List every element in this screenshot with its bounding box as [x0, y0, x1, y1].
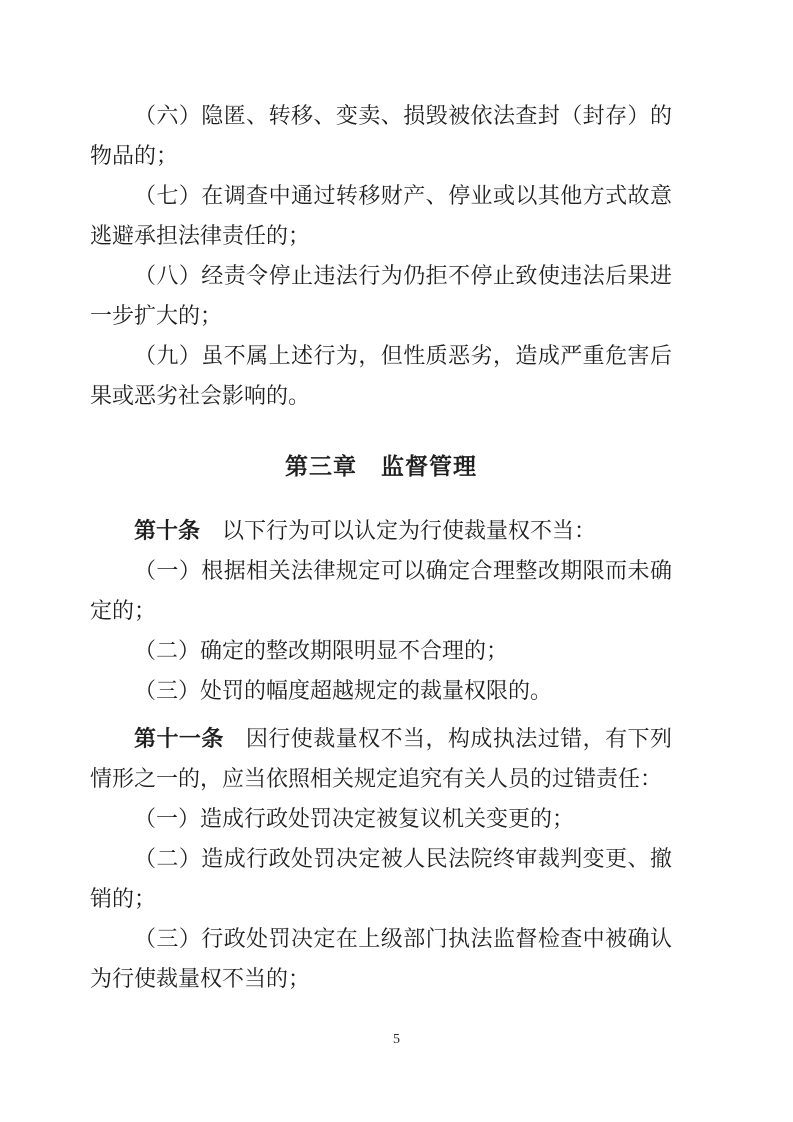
body-paragraph: （三）处罚的幅度超越规定的裁量权限的。: [90, 671, 672, 711]
body-paragraph: （八）经责令停止违法行为仍拒不停止致使违法后果进一步扩大的；: [90, 256, 672, 336]
document-content: （六）隐匿、转移、变卖、损毁被依法查封（封存）的物品的； （七）在调查中通过转移…: [90, 96, 672, 999]
article-paragraph: 第十一条因行使裁量权不当，构成执法过错，有下列情形之一的，应当依照相关规定追究有…: [90, 719, 672, 799]
body-paragraph: （一）造成行政处罚决定被复议机关变更的；: [90, 799, 672, 839]
body-paragraph: （七）在调查中通过转移财产、停业或以其他方式故意逃避承担法律责任的；: [90, 176, 672, 256]
article-paragraph: 第十条以下行为可以认定为行使裁量权不当：: [90, 511, 672, 551]
article-label: 第十一条: [134, 726, 224, 751]
article-text: 以下行为可以认定为行使裁量权不当：: [222, 518, 596, 543]
article-label: 第十条: [134, 518, 200, 543]
body-paragraph: （一）根据相关法律规定可以确定合理整改期限而未确定的；: [90, 551, 672, 631]
body-paragraph: （二）确定的整改期限明显不合理的；: [90, 631, 672, 671]
body-paragraph: （二）造成行政处罚决定被人民法院终审裁判变更、撤销的；: [90, 839, 672, 919]
document-page: （六）隐匿、转移、变卖、损毁被依法查封（封存）的物品的； （七）在调查中通过转移…: [0, 0, 793, 1122]
body-paragraph: （九）虽不属上述行为，但性质恶劣，造成严重危害后果或恶劣社会影响的。: [90, 336, 672, 416]
page-number: 5: [0, 1030, 793, 1050]
body-paragraph: （六）隐匿、转移、变卖、损毁被依法查封（封存）的物品的；: [90, 96, 672, 176]
chapter-heading: 第三章 监督管理: [90, 446, 672, 486]
body-paragraph: （三）行政处罚决定在上级部门执法监督检查中被确认为行使裁量权不当的；: [90, 919, 672, 999]
